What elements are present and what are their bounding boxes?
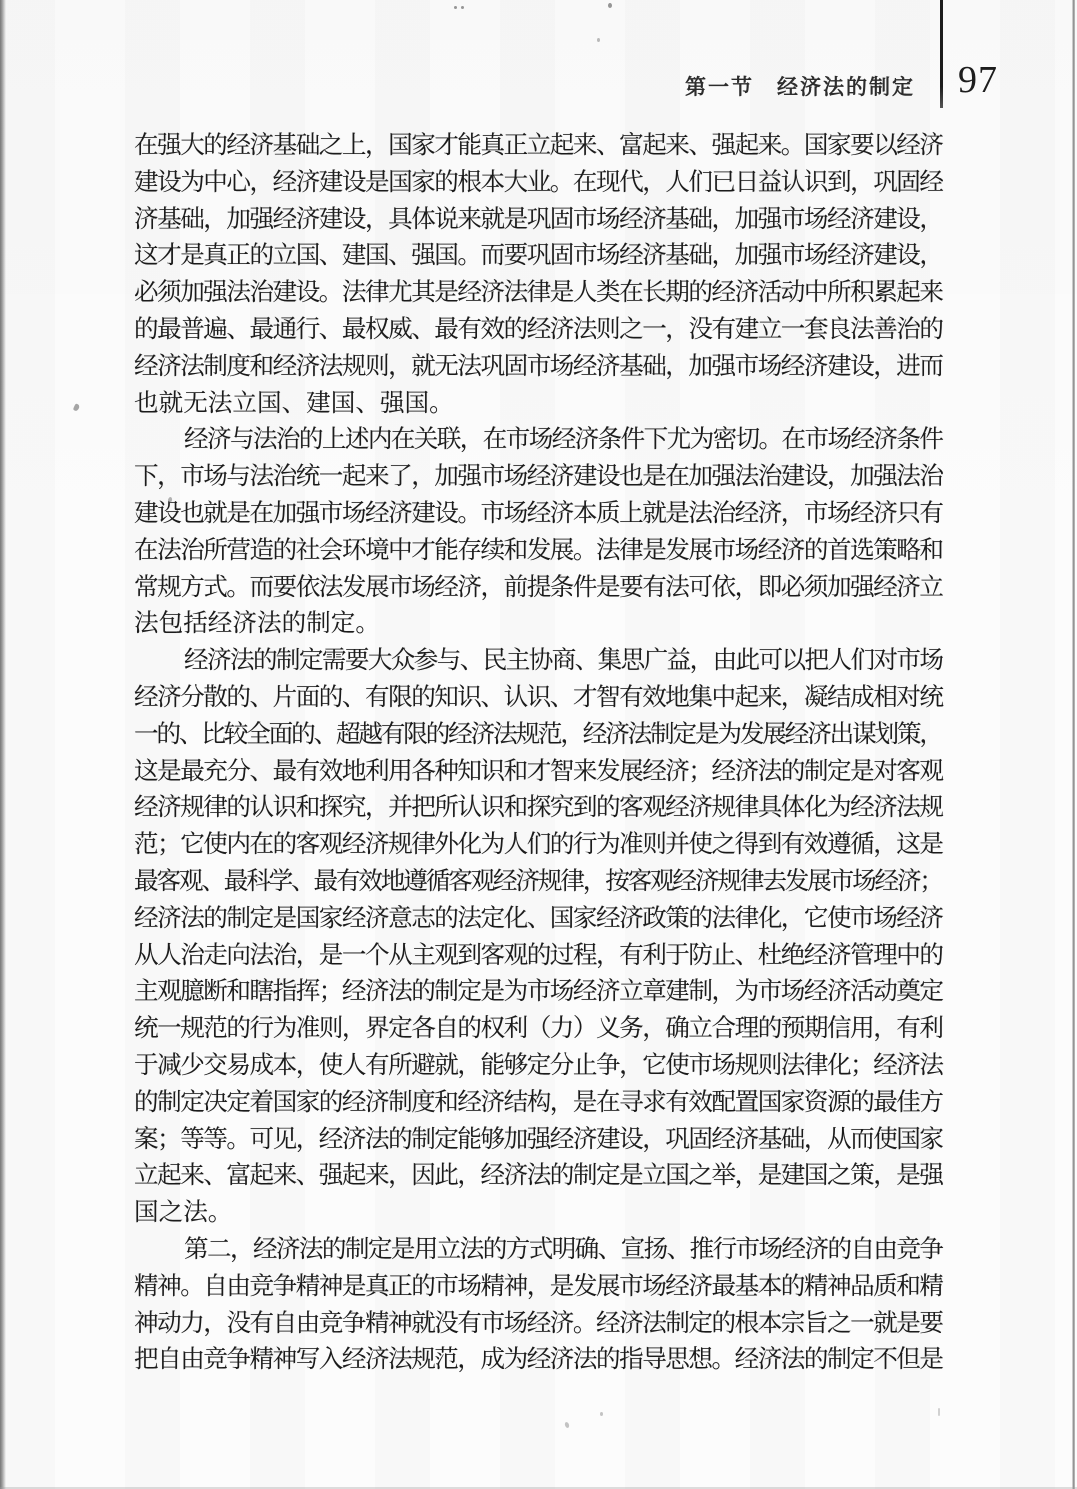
- right-scan-edge: [1072, 0, 1075, 1489]
- text-line: 经济与法治的上述内在关联，在市场经济条件下尤为密切。在市场经济条件: [134, 422, 944, 459]
- text-line: 从人治走向法治，是一个从主观到客观的过程，有利于防止、杜绝经济管理中的: [134, 938, 944, 975]
- scan-speck: [608, 3, 612, 8]
- page-body: 在强大的经济基础之上，国家才能真正立起来、富起来、强起来。国家要以经济建设为中心…: [134, 128, 944, 1379]
- text-line: 常规方式。而要依法发展市场经济，前提条件是要有法可依，即必须加强经济立: [134, 570, 944, 607]
- header-divider-line: [940, 0, 943, 108]
- text-line: 在法治所营造的社会环境中才能存续和发展。法律是发展市场经济的首选策略和: [134, 533, 944, 570]
- text-line: 第二，经济法的制定是用立法的方式明确、宣扬、推行市场经济的自由竞争: [134, 1232, 944, 1269]
- text-line: 神动力，没有自由竞争精神就没有市场经济。经济法制定的根本宗旨之一就是要: [134, 1306, 944, 1343]
- scan-speck: [454, 6, 457, 9]
- text-line: 经济法制度和经济法规则，就无法巩固市场经济基础，加强市场经济建设，进而: [134, 349, 944, 386]
- running-head-section-title: 第一节 经济法的制定: [685, 71, 915, 101]
- text-line: 案；等等。可见，经济法的制定能够加强经济建设，巩固经济基础，从而使国家: [134, 1122, 944, 1159]
- text-line: 这是最充分、最有效地利用各种知识和才智来发展经济；经济法的制定是对客观: [134, 754, 944, 791]
- scan-speck: [938, 1408, 940, 1416]
- text-line: 主观臆断和瞎指挥；经济法的制定是为市场经济立章建制，为市场经济活动奠定: [134, 974, 944, 1011]
- text-line: 国之法。: [134, 1195, 944, 1232]
- scan-speck: [461, 6, 464, 9]
- scanned-book-page: 第一节 经济法的制定 97 在强大的经济基础之上，国家才能真正立起来、富起来、强…: [0, 0, 1077, 1489]
- text-line: 建设为中心，经济建设是国家的根本大业。在现代，人们已日益认识到，巩固经: [134, 165, 944, 202]
- text-line: 经济法的制定需要大众参与、民主协商、集思广益，由此可以把人们对市场: [134, 643, 944, 680]
- scan-speck: [597, 38, 600, 42]
- text-line: 立起来、富起来、强起来，因此，经济法的制定是立国之举，是建国之策，是强: [134, 1158, 944, 1195]
- text-line: 的制定决定着国家的经济制度和经济结构，是在寻求有效配置国家资源的最佳方: [134, 1085, 944, 1122]
- text-line: 济基础，加强经济建设，具体说来就是巩固市场经济基础，加强市场经济建设，: [134, 202, 944, 239]
- text-line: 于减少交易成本，使人有所避就，能够定分止争，它使市场规则法律化；经济法: [134, 1048, 944, 1085]
- text-line: 精神。自由竞争精神是真正的市场精神，是发展市场经济最基本的精神品质和精: [134, 1269, 944, 1306]
- text-line: 也就无法立国、建国、强国。: [134, 386, 944, 423]
- scan-speck: [73, 403, 80, 411]
- text-line: 下，市场与法治统一起来了，加强市场经济建设也是在加强法治建设，加强法治: [134, 459, 944, 496]
- text-line: 经济分散的、片面的、有限的知识、认识、才智有效地集中起来，凝结成相对统: [134, 680, 944, 717]
- text-line: 必须加强法治建设。法律尤其是经济法律是人类在长期的经济活动中所积累起来: [134, 275, 944, 312]
- text-line: 把自由竞争精神写入经济法规范，成为经济法的指导思想。经济法的制定不但是: [134, 1342, 944, 1379]
- text-line: 经济规律的认识和探究，并把所认识和探究到的客观经济规律具体化为经济法规: [134, 790, 944, 827]
- text-line: 在强大的经济基础之上，国家才能真正立起来、富起来、强起来。国家要以经济: [134, 128, 944, 165]
- text-line: 建设也就是在加强市场经济建设。市场经济本质上就是法治经济，市场经济只有: [134, 496, 944, 533]
- text-line: 的最普遍、最通行、最权威、最有效的经济法则之一，没有建立一套良法善治的: [134, 312, 944, 349]
- text-line: 经济法的制定是国家经济意志的法定化、国家经济政策的法律化，它使市场经济: [134, 901, 944, 938]
- text-line: 这才是真正的立国、建国、强国。而要巩固市场经济基础，加强市场经济建设，: [134, 238, 944, 275]
- text-line: 统一规范的行为准则，界定各自的权利（力）义务，确立合理的预期信用，有利: [134, 1011, 944, 1048]
- text-line: 最客观、最科学、最有效地遵循客观经济规律，按客观经济规律去发展市场经济；: [134, 864, 944, 901]
- text-line: 范；它使内在的客观经济规律外化为人们的行为准则并使之得到有效遵循，这是: [134, 827, 944, 864]
- page-number: 97: [958, 58, 998, 102]
- text-line: 法包括经济法的制定。: [134, 606, 944, 643]
- text-line: 一的、比较全面的、超越有限的经济法规范，经济法制定是为发展经济出谋划策，: [134, 717, 944, 754]
- scan-speck: [600, 1412, 603, 1416]
- left-scan-edge: [0, 0, 6, 1489]
- scan-speck: [564, 1421, 570, 1428]
